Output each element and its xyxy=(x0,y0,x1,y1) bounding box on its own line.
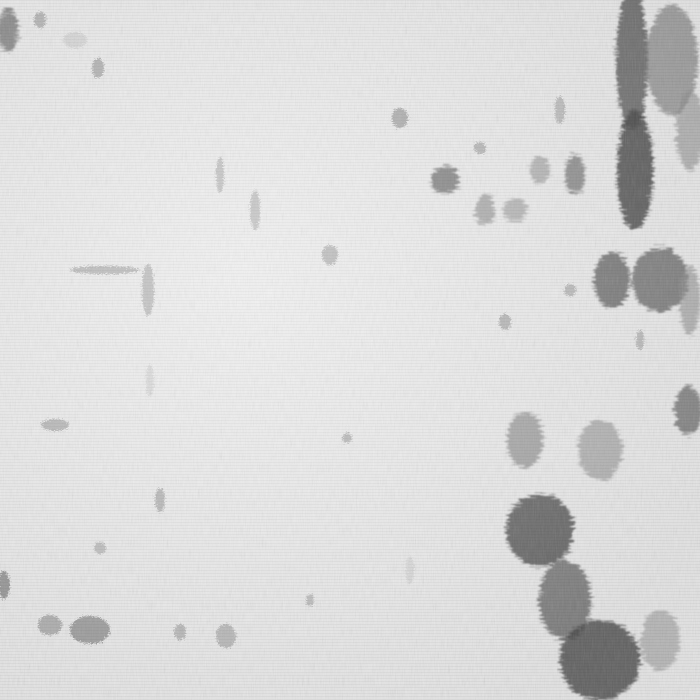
rug-texture-photo xyxy=(0,0,700,700)
worn-pattern-layer xyxy=(0,0,700,700)
